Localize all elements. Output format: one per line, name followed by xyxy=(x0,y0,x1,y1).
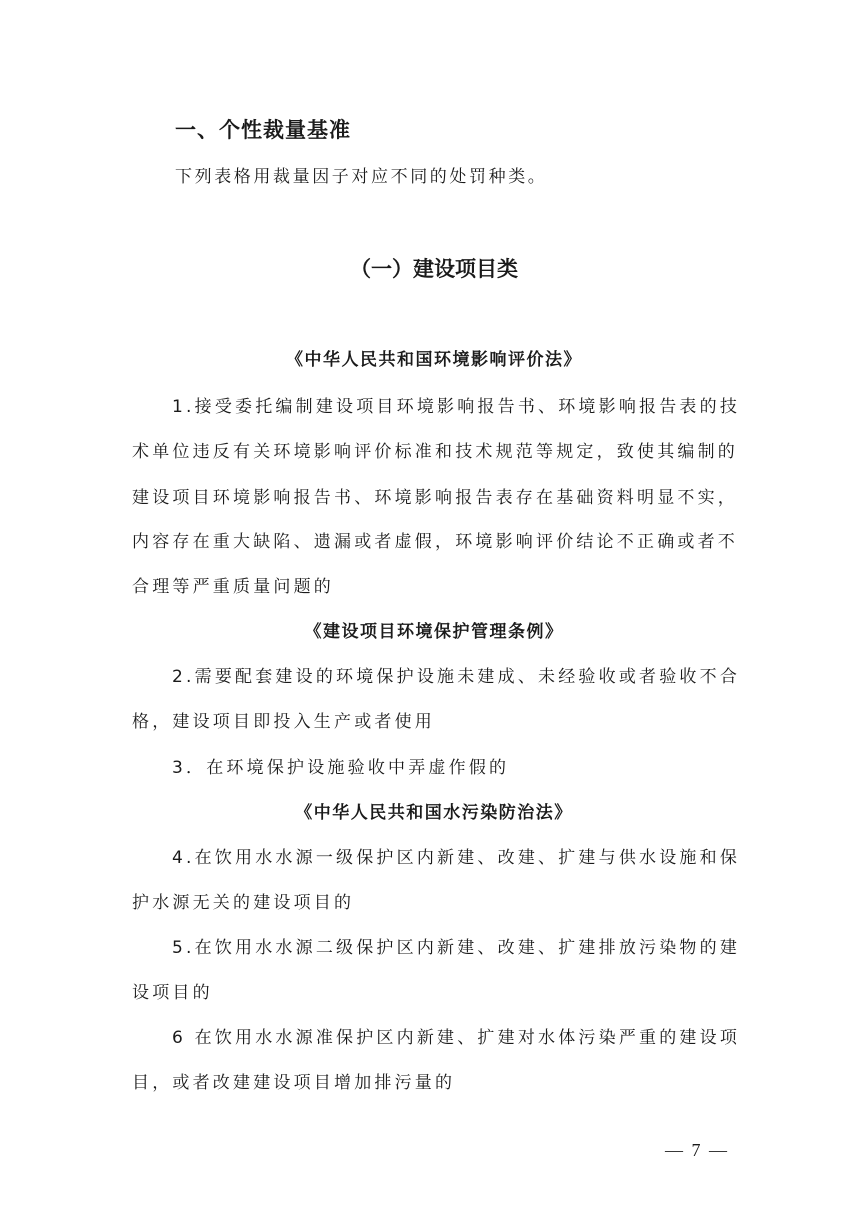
paragraph-line: 4.在饮用水水源一级保护区内新建、改建、扩建与供水设施和保 xyxy=(172,843,740,868)
page-number: — 7 — xyxy=(665,1140,729,1161)
paragraph-line: 2.需要配套建设的环境保护设施未建成、未经验收或者验收不合 xyxy=(172,662,740,687)
paragraph-line: 1.接受委托编制建设项目环境影响报告书、环境影响报告表的技 xyxy=(172,392,740,417)
law-title: 《建设项目环境保护管理条例》 xyxy=(0,617,868,642)
heading: 一、个性裁量基准 xyxy=(175,114,351,144)
paragraph-line: 合理等严重质量问题的 xyxy=(132,572,334,597)
paragraph-line: 术单位违反有关环境影响评价标准和技术规范等规定，致使其编制的 xyxy=(132,437,738,462)
paragraph-line: 护水源无关的建设项目的 xyxy=(132,888,354,913)
paragraph-line: 内容存在重大缺陷、遗漏或者虚假，环境影响评价结论不正确或者不 xyxy=(132,527,738,552)
paragraph-line: 5.在饮用水水源二级保护区内新建、改建、扩建排放污染物的建 xyxy=(172,933,740,958)
paragraph-line: 6 在饮用水水源准保护区内新建、扩建对水体污染严重的建设项 xyxy=(172,1023,740,1048)
paragraph-line: 建设项目环境影响报告书、环境影响报告表存在基础资料明显不实， xyxy=(132,483,738,508)
paragraph-line: 格，建设项目即投入生产或者使用 xyxy=(132,707,435,732)
document-page: 一、个性裁量基准 下列表格用裁量因子对应不同的处罚种类。 （一）建设项目类 《中… xyxy=(0,0,868,1227)
paragraph-line: 3．在环境保护设施验收中弄虚作假的 xyxy=(172,753,509,778)
paragraph-line: 目，或者改建建设项目增加排污量的 xyxy=(132,1068,455,1093)
paragraph-line: 设项目的 xyxy=(132,978,213,1003)
law-title: 《中华人民共和国水污染防治法》 xyxy=(0,798,868,823)
intro-text: 下列表格用裁量因子对应不同的处罚种类。 xyxy=(175,162,547,187)
law-title: 《中华人民共和国环境影响评价法》 xyxy=(0,345,868,370)
section-title: （一）建设项目类 xyxy=(0,253,868,283)
